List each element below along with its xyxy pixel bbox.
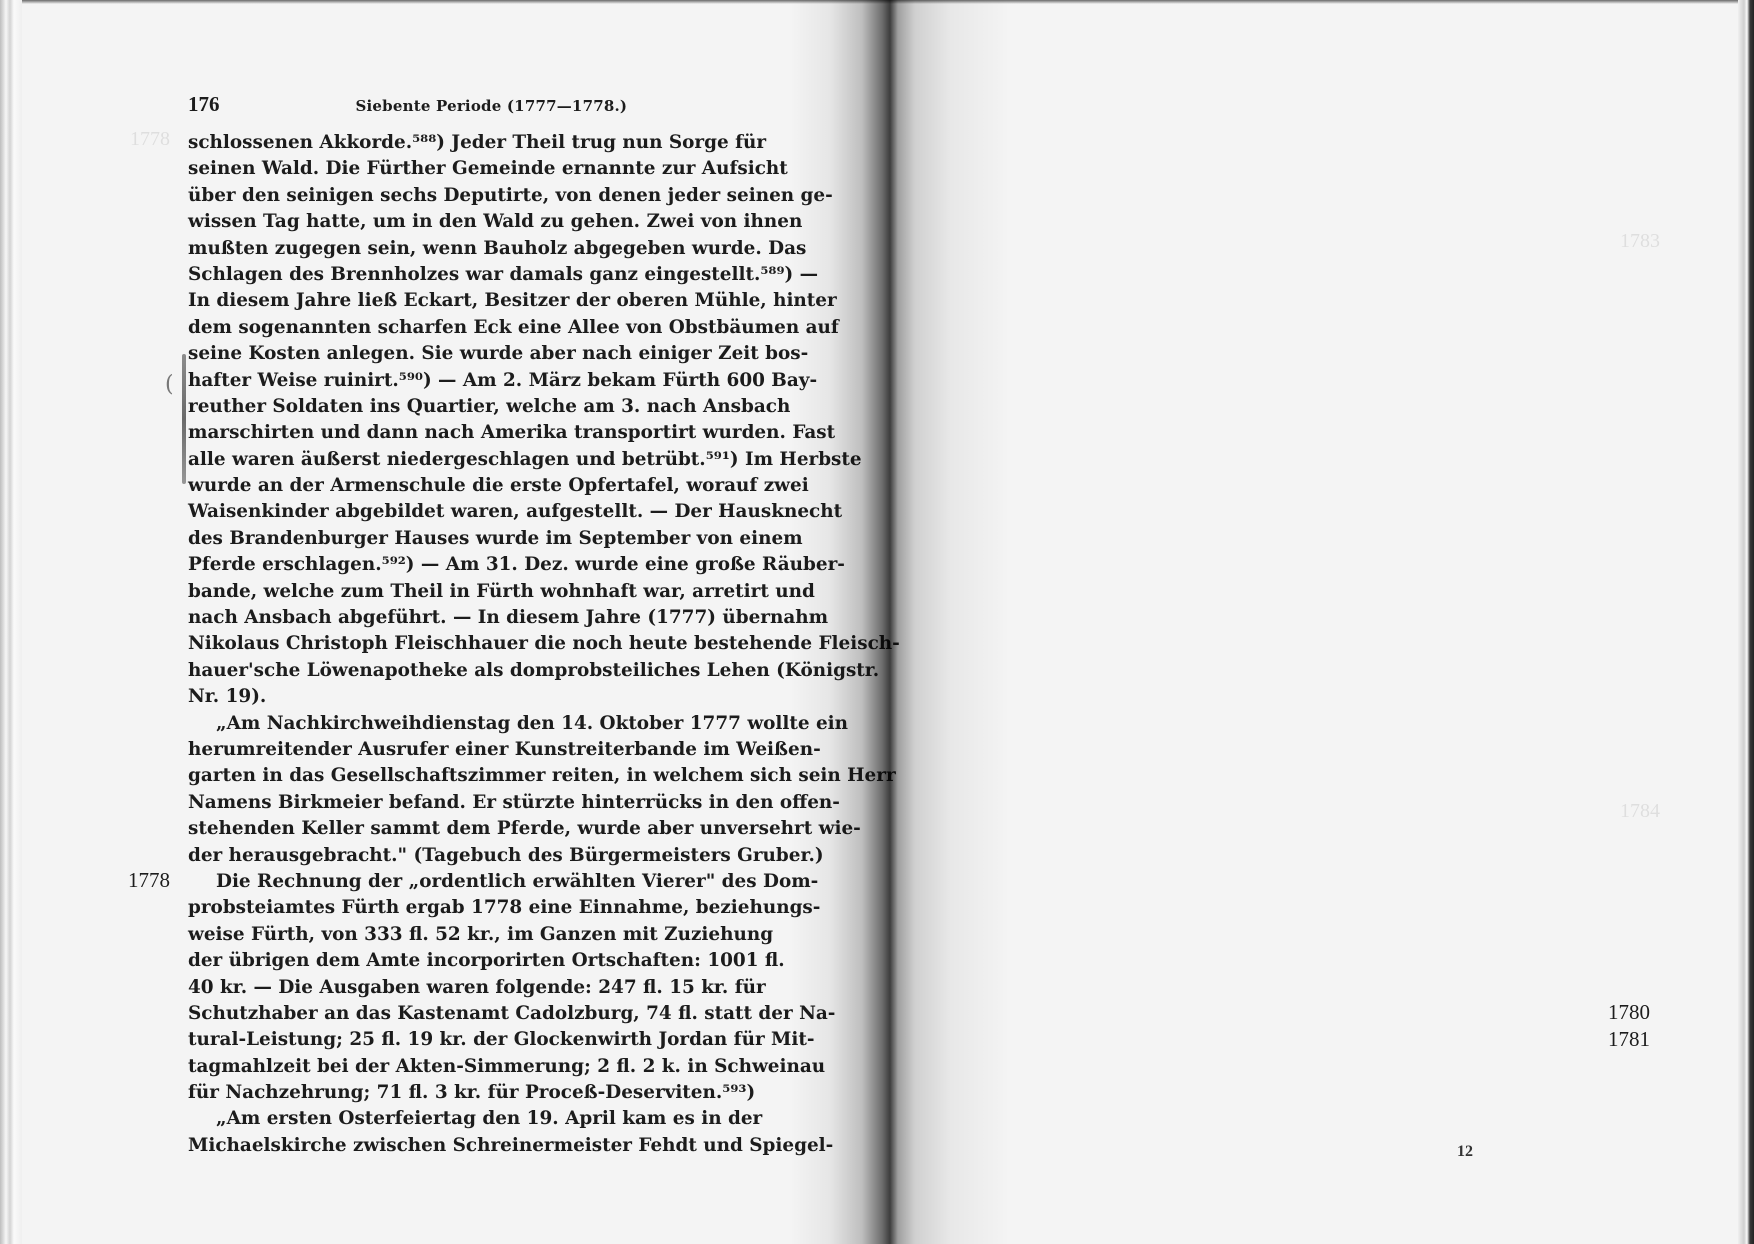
text-line: „Am ersten Osterfeiertag den 19. April k… [188,1106,758,1132]
left-running-head: 176 Siebente Periode (1777—1778.) [188,92,758,122]
pencil-margin-mark [182,354,186,484]
margin-year: 1780 [1608,1000,1650,1025]
text-line: hauer'sche Löwenapotheke als domprobstei… [188,658,758,684]
pencil-bracket-mark: ( [165,372,174,397]
text-line: Nikolaus Christoph Fleischhauer die noch… [188,631,758,657]
text-line: garten in das Gesellschaftszimmer reiten… [188,763,758,789]
text-line: seine Kosten anlegen. Sie wurde aber nac… [188,341,758,367]
text-line: tural-Leistung; 25 fl. 19 kr. der Glocke… [188,1027,758,1053]
text-line: seinen Wald. Die Fürther Gemeinde ernann… [188,156,758,182]
text-line: der übrigen dem Amte incorporirten Ortsc… [188,948,758,974]
text-line: Waisenkinder abgebildet waren, aufgestel… [188,499,758,525]
right-page: Siebente Periode (1778—1781). 177 macher… [890,0,1754,1244]
left-page-body-text: schlossenen Akkorde.⁵⁸⁸) Jeder Theil tru… [188,130,758,1159]
left-page-number: 176 [188,92,220,117]
text-line: Namens Birkmeier befand. Er stürzte hint… [188,790,758,816]
text-line: stehenden Keller sammt dem Pferde, wurde… [188,816,758,842]
text-line: weise Fürth, von 333 fl. 52 kr., im Ganz… [188,922,758,948]
text-line: hafter Weise ruinirt.⁵⁹⁰) — Am 2. März b… [188,368,758,394]
margin-year: 1778 [128,868,170,893]
text-line: Nr. 19). [188,684,758,710]
text-line: tagmahlzeit bei der Akten-Simmerung; 2 f… [188,1054,758,1080]
text-line: mußten zugegen sein, wenn Bauholz abgege… [188,236,758,262]
text-line: 40 kr. — Die Ausgaben waren folgende: 24… [188,975,758,1001]
text-line: reuther Soldaten ins Quartier, welche am… [188,394,758,420]
margin-year: 1781 [1608,1027,1650,1052]
text-line: schlossenen Akkorde.⁵⁸⁸) Jeder Theil tru… [188,130,758,156]
text-line: herumreitender Ausrufer einer Kunstreite… [188,737,758,763]
text-line: Schlagen des Brennholzes war damals ganz… [188,262,758,288]
text-line: marschirten und dann nach Amerika transp… [188,420,758,446]
text-line: für Nachzehrung; 71 fl. 3 kr. für Proceß… [188,1080,758,1106]
text-line: Pferde erschlagen.⁵⁹²) — Am 31. Dez. wur… [188,552,758,578]
text-line: alle waren äußerst niedergeschlagen und … [188,447,758,473]
text-line: „Am Nachkirchweihdienstag den 14. Oktobe… [188,711,758,737]
signature-mark: 12 [1457,1143,1473,1161]
text-line: Michaelskirche zwischen Schreinermeister… [188,1133,758,1159]
text-line: bande, welche zum Theil in Fürth wohnhaf… [188,579,758,605]
left-running-title: Siebente Periode (1777—1778.) [356,97,628,115]
text-line: des Brandenburger Hauses wurde im Septem… [188,526,758,552]
text-line: wissen Tag hatte, um in den Wald zu gehe… [188,209,758,235]
book-spread: 1778 1783 1784 176 Siebente Periode (177… [0,0,1754,1244]
text-line: nach Ansbach abgeführt. — In diesem Jahr… [188,605,758,631]
text-line: der herausgebracht." (Tagebuch des Bürge… [188,843,758,869]
left-page: 176 Siebente Periode (1777—1778.) ( schl… [0,0,890,1244]
text-line: Die Rechnung der „ordentlich erwählten V… [188,869,758,895]
text-line: wurde an der Armenschule die erste Opfer… [188,473,758,499]
text-line: probsteiamtes Fürth ergab 1778 eine Einn… [188,895,758,921]
book-gutter-shadow [790,0,1010,1244]
text-line: Schutzhaber an das Kastenamt Cadolzburg,… [188,1001,758,1027]
text-line: In diesem Jahre ließ Eckart, Besitzer de… [188,288,758,314]
text-line: über den seinigen sechs Deputirte, von d… [188,183,758,209]
text-line: dem sogenannten scharfen Eck eine Allee … [188,315,758,341]
